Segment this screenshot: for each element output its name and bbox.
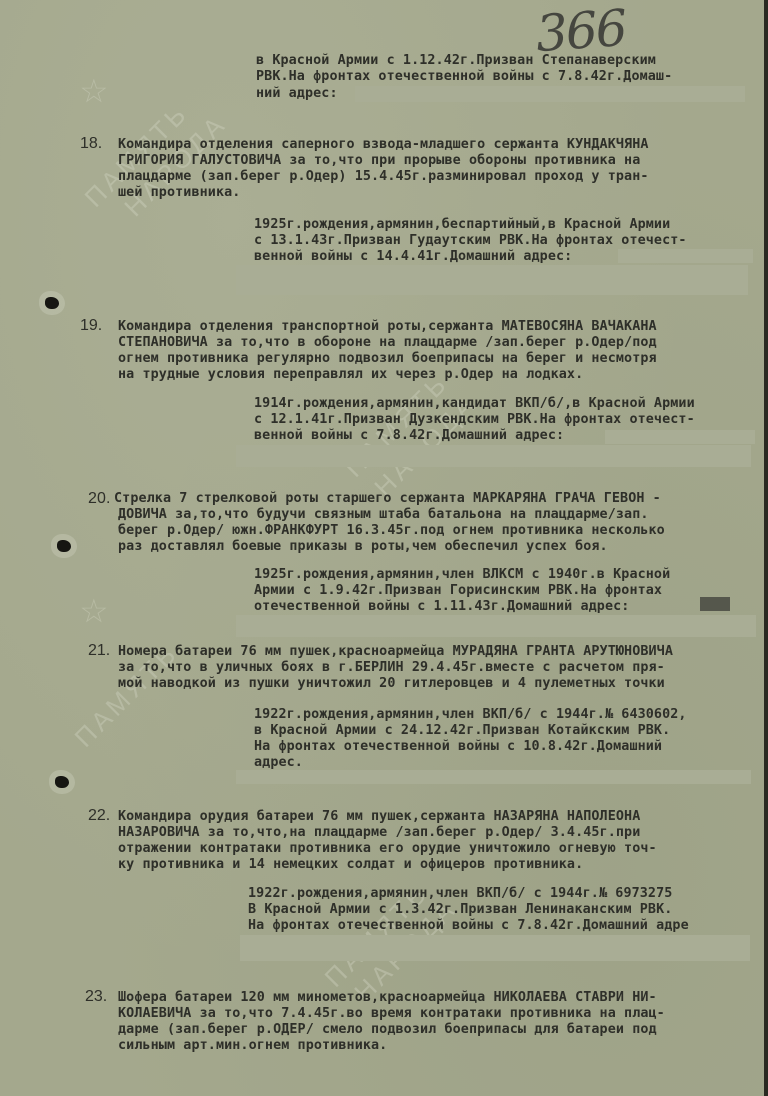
citation-line: Номера батареи 76 мм пушек,красноармейца…: [118, 644, 673, 660]
document-page: ☆ ПАМЯТЬ НАРОДА ☆ ПАМЯТЬ ПАМЯТЬ НАРОДА П…: [0, 0, 768, 1096]
redacted-address: [355, 86, 745, 102]
redacted-address: [240, 935, 750, 961]
entry-number: 21.: [88, 642, 110, 660]
citation-line: сильным арт.мин.огнем противника.: [118, 1038, 387, 1054]
entry-number: 18.: [80, 135, 102, 153]
bio-line: 1922г.рождения,армянин,член ВКП/б/ с 194…: [254, 707, 687, 723]
citation-line: плацдарме (зап.берег р.Одер) 15.4.45г.ра…: [118, 169, 649, 185]
bio-line: отечественной войны с 1.11.43г.Домашний …: [254, 599, 629, 615]
text-line: ний адрес:: [256, 86, 338, 102]
redacted-address: [618, 249, 753, 263]
punch-hole: [57, 540, 71, 552]
bio-line: 1925г.рождения,армянин,беспартийный,в Кр…: [254, 217, 670, 233]
punch-hole: [55, 776, 69, 788]
bio-line: в Красной Армии с 24.12.42г.Призван Кота…: [254, 723, 670, 739]
bio-line: адрес.: [254, 755, 303, 771]
bio-line: Армии с 1.9.42г.Призван Горисинским РВК.…: [254, 583, 662, 599]
citation-line: за то,что в уличных боях в г.БЕРЛИН 29.4…: [118, 660, 665, 676]
text-line: в Красной Армии с 1.12.42г.Призван Степа…: [256, 53, 656, 69]
bio-line: венной войны с 14.4.41г.Домашний адрес:: [254, 249, 572, 265]
citation-line: раз доставлял боевые приказы в роты,чем …: [118, 539, 608, 555]
citation-line: КОЛАЕВИЧА за то,что 7.4.45г.во время кон…: [118, 1006, 665, 1022]
citation-line: Стрелка 7 стрелковой роты старшего сержа…: [114, 491, 661, 507]
redacted-address: [605, 430, 755, 444]
citation-line: дарме (зап.берег р.ОДЕР/ смело подвозил …: [118, 1022, 657, 1038]
bio-line: На фронтах отечественной войны с 7.8.42г…: [248, 918, 689, 934]
redacted-address: [236, 445, 751, 467]
citation-line: отражении контратаки противника его оруд…: [118, 841, 657, 857]
bio-line: 1922г.рождения,армянин,член ВКП/б/ с 194…: [248, 886, 672, 902]
citation-line: ДОВИЧА за,то,что будучи связным штаба ба…: [118, 507, 649, 523]
redacted-address: [700, 597, 730, 611]
text-line: РВК.На фронтах отечественной войны с 7.8…: [256, 69, 672, 85]
bio-line: с 12.1.41г.Призван Дузкендским РВК.На фр…: [254, 412, 695, 428]
citation-line: огнем противника регулярно подвозил боеп…: [118, 351, 657, 367]
punch-hole: [45, 297, 59, 309]
citation-line: СТЕПАНОВИЧА за то,что в обороне на плацд…: [118, 335, 657, 351]
citation-line: Шофера батареи 120 мм минометов,красноар…: [118, 990, 657, 1006]
watermark-star-icon: ☆: [80, 60, 108, 114]
citation-line: Командира орудия батареи 76 мм пушек,сер…: [118, 809, 640, 825]
entry-number: 23.: [85, 988, 107, 1006]
citation-line: мой наводкой из пушки уничтожил 20 гитле…: [118, 676, 665, 692]
bio-line: 1925г.рождения,армянин,член ВЛКСМ с 1940…: [254, 567, 670, 583]
bio-line: с 13.1.43г.Призван Гудаутским РВК.На фро…: [254, 233, 687, 249]
scan-edge: [764, 0, 768, 1096]
bio-line: На фронтах отечественной войны с 10.8.42…: [254, 739, 662, 755]
citation-line: ку противника и 14 немецких солдат и офи…: [118, 857, 583, 873]
citation-line: Командира отделения саперного взвода-мла…: [118, 137, 649, 153]
redacted-address: [236, 615, 756, 637]
citation-line: ГРИГОРИЯ ГАЛУСТОВИЧА за то,что при проры…: [118, 153, 640, 169]
entry-number: 22.: [88, 807, 110, 825]
citation-line: Командира отделения транспортной роты,се…: [118, 319, 657, 335]
citation-line: шей противника.: [118, 185, 240, 201]
bio-line: В Красной Армии с 1.3.42г.Призван Ленина…: [248, 902, 672, 918]
bio-line: 1914г.рождения,армянин,кандидат ВКП/б/,в…: [254, 396, 695, 412]
citation-line: НАЗАРОВИЧА за то,что,на плацдарме /зап.б…: [118, 825, 640, 841]
bio-line: венной войны с 7.8.42г.Домашний адрес:: [254, 428, 564, 444]
entry-number: 19.: [80, 317, 102, 335]
citation-line: берег р.Одер/ южн.ФРАНКФУРТ 16.3.45г.под…: [118, 523, 665, 539]
citation-line: на трудные условия переправлял их через …: [118, 367, 583, 383]
watermark-star-icon: ☆: [80, 580, 108, 634]
redacted-address: [236, 265, 748, 295]
entry-number: 20.: [88, 491, 111, 507]
redacted-address: [236, 770, 751, 784]
